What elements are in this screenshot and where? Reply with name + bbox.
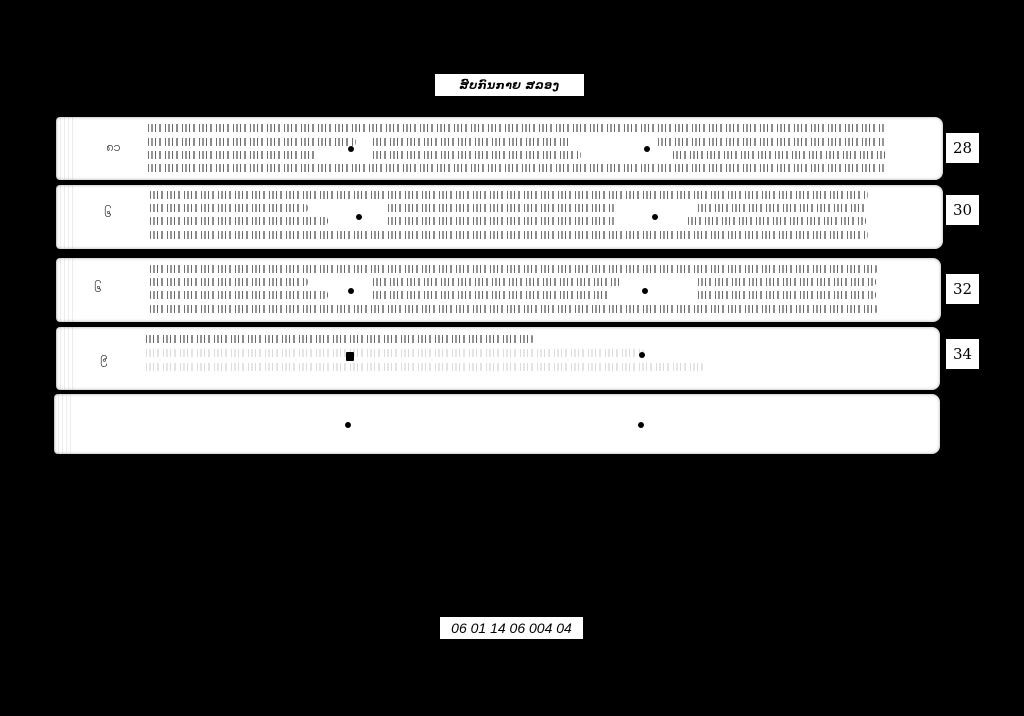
script-line: [671, 151, 886, 159]
script-line: [144, 335, 534, 343]
script-line: [146, 124, 886, 132]
script-line: [146, 138, 356, 146]
manuscript-leaf-4: ၉: [56, 327, 940, 390]
leaf-side-numeral: ၈၁: [106, 139, 121, 158]
archive-id-label: 06 01 14 06 004 04: [440, 617, 583, 639]
leaf-side-numeral: ၆: [104, 205, 111, 224]
folio-number-32: 32: [946, 274, 979, 304]
leaf-side-numeral: ၆: [94, 280, 101, 299]
script-line: [386, 217, 616, 225]
script-line: [371, 151, 581, 159]
manuscript-leaf-1: ၈၁: [56, 117, 943, 180]
script-line: [146, 164, 886, 172]
script-line: [696, 278, 876, 286]
string-hole: [639, 352, 645, 358]
folio-number-34: 34: [946, 339, 979, 369]
script-line: [386, 204, 616, 212]
script-line: [696, 204, 866, 212]
script-line: [696, 291, 876, 299]
script-line: [148, 265, 878, 273]
string-hole: [644, 146, 650, 152]
script-line: [686, 217, 866, 225]
leaf-side-numeral: ၉: [100, 349, 107, 368]
script-line: [148, 278, 308, 286]
script-line: [148, 231, 868, 239]
script-line: [146, 151, 316, 159]
string-hole: [348, 288, 354, 294]
script-line: [371, 138, 571, 146]
string-hole: [638, 422, 644, 428]
title-label: ສົບກົນກາຍ ສລອງ: [435, 74, 584, 96]
script-line-faint: [144, 363, 704, 371]
string-hole: [345, 422, 351, 428]
script-line: [656, 138, 886, 146]
folio-number-28: 28: [946, 133, 979, 163]
script-line: [148, 204, 308, 212]
manuscript-leaf-3: ၆: [56, 258, 941, 322]
folio-number-30: 30: [946, 195, 979, 225]
manuscript-leaf-5-blank: [54, 394, 940, 454]
string-hole: [346, 352, 354, 361]
script-line-faint: [144, 349, 644, 357]
script-line: [148, 291, 328, 299]
manuscript-leaf-2: ၆: [56, 185, 943, 249]
script-line: [148, 305, 878, 313]
script-line: [148, 191, 868, 199]
string-hole: [642, 288, 648, 294]
script-line: [371, 291, 611, 299]
script-line: [371, 278, 621, 286]
string-hole: [356, 214, 362, 220]
script-line: [148, 217, 328, 225]
string-hole: [652, 214, 658, 220]
string-hole: [348, 146, 354, 152]
